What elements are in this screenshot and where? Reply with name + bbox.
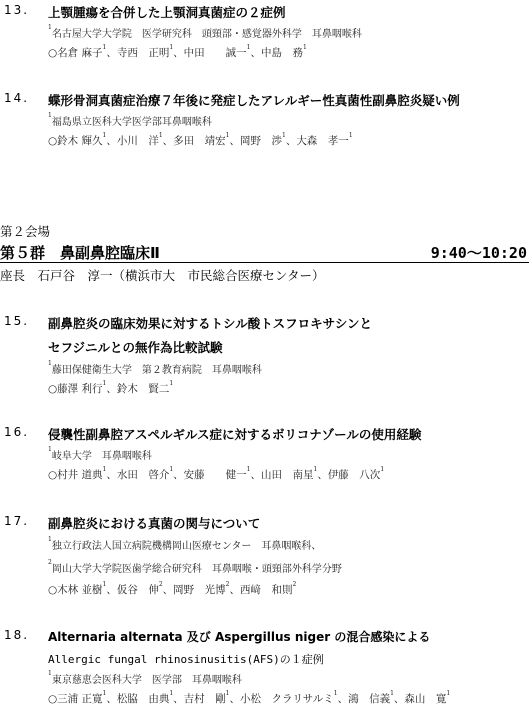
presentation-title-line2: セフジニルとの無作為比較試験 <box>48 338 223 356</box>
affiliation-sup: 1 <box>48 670 52 677</box>
author-sup: 2 <box>292 581 296 588</box>
author-name: 吉村 剛 <box>184 693 226 705</box>
author-sup: 2 <box>226 581 230 588</box>
author-list: ○村井 道典1、水田 啓介1、安藤 健一1、山田 南星1、伊藤 八次1 <box>48 467 384 482</box>
affiliation-text: 独立行政法人国立病院機構岡山医療センター 耳鼻咽喉科、 <box>52 541 322 552</box>
affiliation-sup: 1 <box>48 446 52 453</box>
presentation-number: 14. <box>4 91 29 105</box>
session-header: 第５群 鼻副鼻腔臨床Ⅱ 9:40〜10:20 <box>0 242 529 263</box>
affiliation-sup: 1 <box>48 360 52 367</box>
author-name: 水田 啓介 <box>117 469 170 481</box>
presentation-title: 副鼻腔炎の臨床効果に対するトシル酸トスフロキサシンと <box>48 314 372 332</box>
author-sup: 1 <box>282 132 286 139</box>
author-name: 西﨑 和則 <box>240 584 293 596</box>
affiliation-sup: 1 <box>48 24 52 31</box>
author-name: 松脇 由典 <box>117 693 170 705</box>
author-sup: 1 <box>103 132 107 139</box>
presentation-number: 15. <box>4 314 29 328</box>
session-name: 第５群 鼻副鼻腔臨床Ⅱ <box>0 242 160 263</box>
author-name: 安藤 健一 <box>184 469 247 481</box>
presentation-number: 13. <box>4 3 29 17</box>
affiliation: 1名古屋大学大学院 医学研究科 頭頸部・感覚器外科学 耳鼻咽喉科 <box>48 25 362 40</box>
author-sup: 1 <box>334 690 338 697</box>
author-sup: 1 <box>226 132 230 139</box>
affiliation: 1藤田保健衛生大学 第２教育病院 耳鼻咽喉科 <box>48 361 262 376</box>
author-sup: 1 <box>303 44 307 51</box>
affiliation: 1独立行政法人国立病院機構岡山医療センター 耳鼻咽喉科、 <box>48 537 321 552</box>
author-name: 森山 寛 <box>404 693 446 705</box>
author-name: 中島 務 <box>261 47 303 59</box>
author-name: 小松 クラリサルミ <box>240 693 334 705</box>
author-name: ○藤澤 利行 <box>48 383 103 395</box>
presentation-number: 18. <box>4 628 29 642</box>
affiliation-sup: 1 <box>48 112 52 119</box>
presentation-title: 侵襲性副鼻腔アスペルギルス症に対するボリコナゾールの使用経験 <box>48 425 421 443</box>
affiliation: 1東京慈恵会医科大学 医学部 耳鼻咽喉科 <box>48 671 242 686</box>
presentation-title: 蝶形骨洞真菌症治療７年後に発症したアレルギー性真菌性副鼻腔炎疑い例 <box>48 91 460 109</box>
presentation-title: Alternaria alternata 及び Aspergillus nige… <box>48 628 430 645</box>
author-sup: 1 <box>103 380 107 387</box>
affiliation-text: 東京慈恵会医科大学 医学部 耳鼻咽喉科 <box>52 675 242 686</box>
author-name: 小川 洋 <box>117 135 159 147</box>
author-sup: 1 <box>169 44 173 51</box>
author-list: ○鈴木 輝久1、小川 洋1、多田 靖宏1、岡野 渉1、大森 孝一1 <box>48 133 353 148</box>
author-sup: 1 <box>313 466 317 473</box>
author-list: ○名倉 麻子1、寺西 正明1、中田 誠一1、中島 務1 <box>48 45 307 60</box>
affiliation-sup: 2 <box>48 559 52 566</box>
author-list: ○三浦 正寛1、松脇 由典1、吉村 剛1、小松 クラリサルミ1、鴻 信義1、森山… <box>48 691 450 706</box>
author-name: 岡野 光博 <box>173 584 226 596</box>
affiliation-text: 岡山大学大学院医歯学総合研究科 耳鼻咽喉・頭頸部外科学分野 <box>52 564 342 575</box>
hall-label: 第２会場 <box>0 222 50 240</box>
affiliation-text: 福島県立医科大学医学部耳鼻咽喉科 <box>52 117 212 128</box>
author-sup: 1 <box>390 690 394 697</box>
affiliation: 1福島県立医科大学医学部耳鼻咽喉科 <box>48 113 212 128</box>
author-sup: 1 <box>169 466 173 473</box>
author-name: 多田 靖宏 <box>173 135 226 147</box>
presentation-title: 上顎腫瘍を合併した上顎洞真菌症の２症例 <box>48 3 286 21</box>
author-name: ○三浦 正寛 <box>48 693 103 705</box>
author-sup: 1 <box>247 466 251 473</box>
author-sup: 1 <box>103 44 107 51</box>
presentation-number: 17. <box>4 514 29 528</box>
author-sup: 1 <box>159 132 163 139</box>
presentation-title: 副鼻腔炎における真菌の関与について <box>48 514 260 532</box>
author-sup: 1 <box>226 690 230 697</box>
author-sup: 1 <box>349 132 353 139</box>
presentation-number: 16. <box>4 425 29 439</box>
author-name: 鈴木 賢二 <box>117 383 170 395</box>
session-time: 9:40〜10:20 <box>431 242 527 263</box>
author-sup: 1 <box>103 581 107 588</box>
presentation-subtitle: Allergic fungal rhinosinusitis(AFS)の１症例 <box>48 651 324 667</box>
author-name: ○名倉 麻子 <box>48 47 103 59</box>
affiliation-text: 藤田保健衛生大学 第２教育病院 耳鼻咽喉科 <box>52 365 262 376</box>
author-name: 寺西 正明 <box>117 47 170 59</box>
author-sup: 1 <box>380 466 384 473</box>
affiliation-text: 名古屋大学大学院 医学研究科 頭頸部・感覚器外科学 耳鼻咽喉科 <box>52 29 362 40</box>
affiliation-text: 岐阜大学 耳鼻咽喉科 <box>52 451 152 462</box>
author-name: 山田 南星 <box>261 469 314 481</box>
author-list: ○木林 並樹1、仮谷 伸2、岡野 光博2、西﨑 和則2 <box>48 582 296 597</box>
affiliation: 2岡山大学大学院医歯学総合研究科 耳鼻咽喉・頭頸部外科学分野 <box>48 560 342 575</box>
author-name: 大森 孝一 <box>296 135 349 147</box>
author-name: ○鈴木 輝久 <box>48 135 103 147</box>
author-name: 伊藤 八次 <box>328 469 381 481</box>
affiliation: 1岐阜大学 耳鼻咽喉科 <box>48 447 152 462</box>
author-name: 岡野 渉 <box>240 135 282 147</box>
author-sup: 1 <box>103 466 107 473</box>
author-name: ○村井 道典 <box>48 469 103 481</box>
author-name: 仮谷 伸 <box>117 584 159 596</box>
affiliation-sup: 1 <box>48 536 52 543</box>
author-sup: 1 <box>169 690 173 697</box>
author-name: 中田 誠一 <box>184 47 247 59</box>
author-sup: 1 <box>169 380 173 387</box>
author-list: ○藤澤 利行1、鈴木 賢二1 <box>48 381 173 396</box>
author-sup: 1 <box>446 690 450 697</box>
author-name: ○木林 並樹 <box>48 584 103 596</box>
author-sup: 2 <box>159 581 163 588</box>
author-sup: 1 <box>103 690 107 697</box>
session-chair: 座長 石戸谷 淳一（横浜市大 市民総合医療センター） <box>0 266 325 284</box>
author-sup: 1 <box>247 44 251 51</box>
author-name: 鴻 信義 <box>348 693 390 705</box>
